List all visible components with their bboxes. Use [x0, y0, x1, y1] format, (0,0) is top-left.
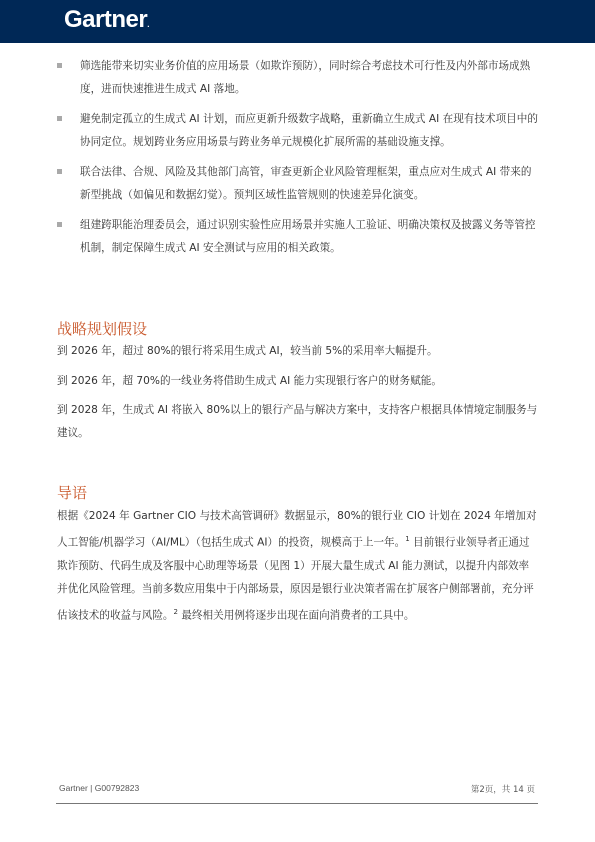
- gartner-logo: Gartner.: [64, 6, 149, 34]
- section-title-intro: 导语: [57, 482, 87, 503]
- list-item-text: 联合法律、合规、风险及其他部门高管，审查更新企业风险管理框架，重点应对生成式 A…: [80, 161, 542, 207]
- list-item-text: 组建跨职能治理委员会，通过识别实验性应用场景并实施人工验证、明确决策权及披露义务…: [80, 214, 542, 260]
- square-bullet-icon: [57, 116, 62, 121]
- footer-divider: [56, 803, 538, 804]
- header-band: Gartner.: [0, 0, 595, 43]
- spa-item: 到 2028 年，生成式 AI 将嵌入 80%以上的银行产品与解决方案中，支持客…: [57, 399, 539, 445]
- footer-page-number: 第2页，共 14 页: [471, 783, 535, 795]
- intro-paragraph: 根据《2024 年 Gartner CIO 与技术高管调研》数据显示，80%的银…: [57, 505, 539, 627]
- list-item: 组建跨职能治理委员会，通过识别实验性应用场景并实施人工验证、明确决策权及披露义务…: [57, 214, 542, 260]
- square-bullet-icon: [57, 63, 62, 68]
- list-item: 筛选能带来切实业务价值的应用场景（如欺诈预防），同时综合考虑技术可行性及内外部市…: [57, 55, 542, 101]
- section-title-spa: 战略规划假设: [57, 318, 147, 339]
- footer-doc-id: Gartner | G00792823: [59, 783, 139, 793]
- list-item-text: 筛选能带来切实业务价值的应用场景（如欺诈预防），同时综合考虑技术可行性及内外部市…: [80, 55, 542, 101]
- list-item: 联合法律、合规、风险及其他部门高管，审查更新企业风险管理框架，重点应对生成式 A…: [57, 161, 542, 207]
- list-item-text: 避免制定孤立的生成式 AI 计划，而应更新升级数字战略，重新确立生成式 AI 在…: [80, 108, 542, 154]
- square-bullet-icon: [57, 169, 62, 174]
- spa-item: 到 2026 年，超过 80%的银行将采用生成式 AI，较当前 5%的采用率大幅…: [57, 340, 539, 363]
- spa-item: 到 2026 年，超 70%的一线业务将借助生成式 AI 能力实现银行客户的财务…: [57, 370, 539, 393]
- list-item: 避免制定孤立的生成式 AI 计划，而应更新升级数字战略，重新确立生成式 AI 在…: [57, 108, 542, 154]
- recommendation-list: 筛选能带来切实业务价值的应用场景（如欺诈预防），同时综合考虑技术可行性及内外部市…: [57, 55, 542, 267]
- square-bullet-icon: [57, 222, 62, 227]
